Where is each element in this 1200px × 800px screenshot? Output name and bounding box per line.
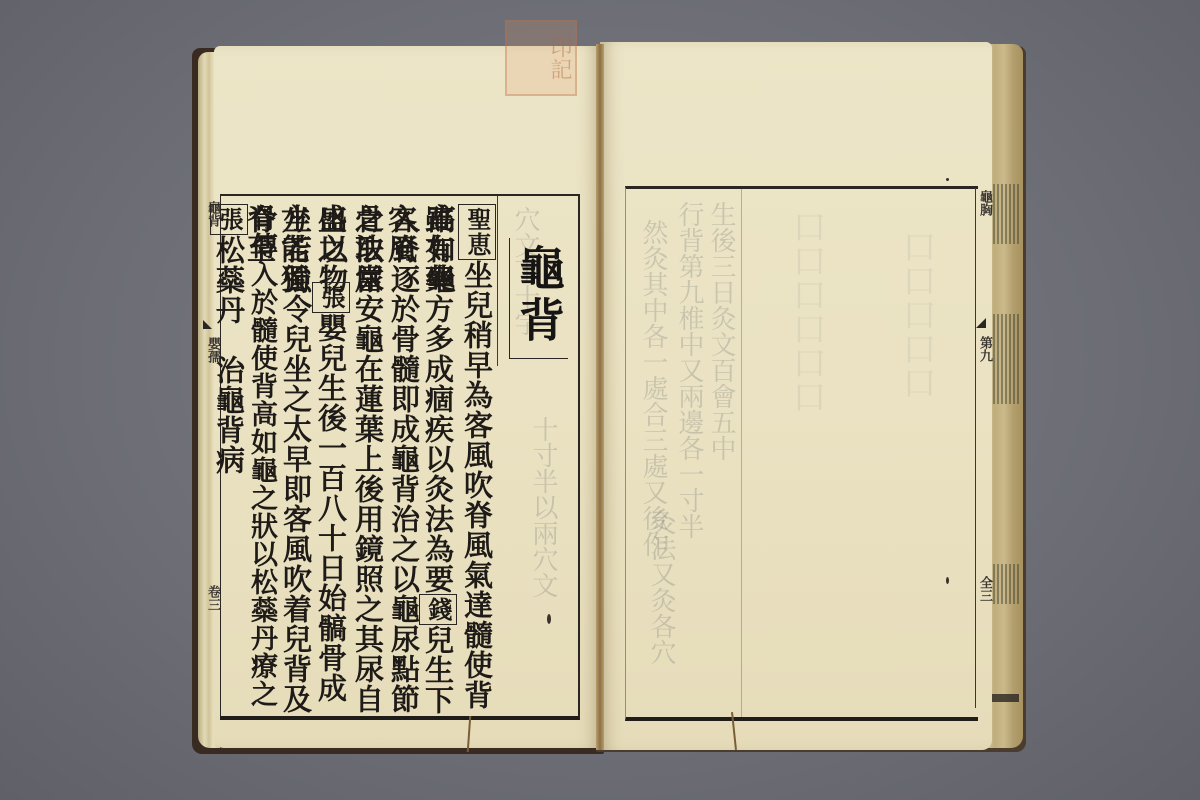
ink-spot <box>547 614 551 624</box>
book-gutter <box>596 44 604 750</box>
source-marker: 聖恵 <box>458 204 496 260</box>
fish-tail-mark-icon <box>976 318 986 328</box>
right-page-print-frame: 生後三日灸文百會五中 行背第九椎中又兩邊各一寸半 然灸其中各一處合三處又後作 灸… <box>625 186 978 721</box>
show-through-text: 口口口口口口 <box>776 209 836 413</box>
show-through-text: 口口口口口 <box>886 229 946 399</box>
ink-spot <box>946 178 949 181</box>
source-marker: 張 <box>210 204 248 235</box>
ink-spot <box>946 577 949 584</box>
show-through-text: 然灸其中各一處合三處又後作 <box>638 219 668 557</box>
margin-label-top: 龜胸 <box>977 190 991 216</box>
show-through-text: 行背第九椎中又兩邊各一寸半 <box>674 201 704 539</box>
margin-label-bottom: 全三 <box>977 576 991 602</box>
show-through-text: 生後三日灸文百會五中 <box>706 201 736 461</box>
source-marker: 張 <box>312 282 350 313</box>
margin-label-middle: 第九 <box>977 336 991 362</box>
margin-label-bottom: 卷三 <box>205 585 219 611</box>
source-marker: 錢 <box>419 594 457 625</box>
show-through-text: 十寸半以兩穴文 <box>528 416 558 598</box>
section-title: 龜背 <box>509 238 568 359</box>
open-book: 印記 龜背 嬰孺 卷三 穴文下十字 十寸半以兩穴文 龜背 聖恵坐兒稍早為客風吹脊… <box>0 0 1200 800</box>
left-page-print-frame: 穴文下十字 十寸半以兩穴文 龜背 聖恵坐兒稍早為客風吹脊風氣達髓使背高如龜 雖有… <box>220 194 580 720</box>
text-column-8: 張松蘂丹 治龜背病 <box>210 204 248 475</box>
column-rule <box>497 196 498 366</box>
right-page-margin-strip: 龜胸 第九 全三 <box>975 188 990 708</box>
seal-stamp: 印記 <box>505 20 577 96</box>
show-through-text: 灸法又灸各穴 <box>646 509 676 665</box>
column-rule <box>741 189 742 717</box>
text-column-7: 骨傳入於髓使背高如龜之狀以松蘂丹療之 <box>244 204 278 708</box>
